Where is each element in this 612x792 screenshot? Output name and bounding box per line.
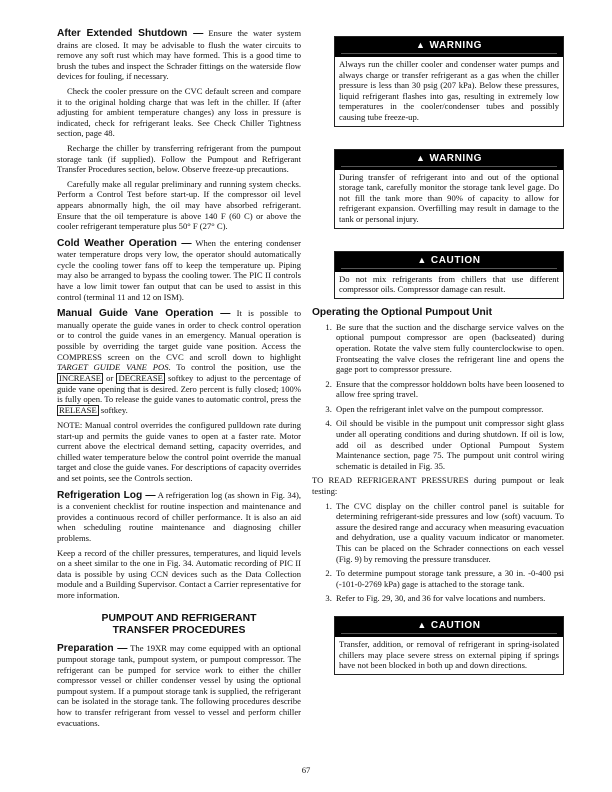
warning-triangle-icon: ▲ xyxy=(416,37,426,54)
after-extended-shutdown-paragraph: After Extended Shutdown — Ensure the wat… xyxy=(57,28,301,82)
decrease-softkey-label: DECREASE xyxy=(116,373,164,384)
warning-header: ▲WARNING xyxy=(335,37,563,57)
read-pressures-intro: TO READ REFRIGERANT PRESSURES during pum… xyxy=(312,475,564,496)
target-guide-vane-pos-text: TARGET GUIDE VANE POS xyxy=(57,362,169,372)
warning-box-storage-tank: ▲WARNING During transfer of refrigerant … xyxy=(334,149,564,229)
caution-box-mix-refrigerants: ▲CAUTION Do not mix refrigerants from ch… xyxy=(334,251,564,299)
list-item: Open the refrigerant inlet valve on the … xyxy=(334,404,564,415)
warning-body: Always run the chiller cooler and conden… xyxy=(335,57,563,126)
caution-header: ▲CAUTION xyxy=(335,252,563,272)
release-softkey-label: RELEASE xyxy=(57,405,99,416)
caution-box-spring-isolated: ▲CAUTION Transfer, addition, or removal … xyxy=(334,616,564,675)
keep-record-paragraph: Keep a record of the chiller pressures, … xyxy=(57,548,301,601)
read-pressures-steps-list: The CVC display on the chiller control p… xyxy=(312,501,564,604)
warning-header: ▲WARNING xyxy=(335,150,563,170)
warning-box-chiller-pumps: ▲WARNING Always run the chiller cooler a… xyxy=(334,36,564,127)
list-item: Oil should be visible in the pumpout uni… xyxy=(334,418,564,471)
page-number: 67 xyxy=(0,765,612,775)
check-cooler-pressure-paragraph: Check the cooler pressure on the CVC def… xyxy=(57,86,301,139)
increase-softkey-label: INCREASE xyxy=(57,373,103,384)
pumpout-section-title: PUMPOUT AND REFRIGERANT TRANSFER PROCEDU… xyxy=(57,613,301,637)
manual-guide-vane-heading: Manual Guide Vane Operation — xyxy=(57,308,230,319)
refrigeration-log-paragraph: Refrigeration Log — A refrigeration log … xyxy=(57,490,301,544)
list-item: The CVC display on the chiller control p… xyxy=(334,501,564,565)
document-page: After Extended Shutdown — Ensure the wat… xyxy=(0,0,612,792)
preparation-paragraph: Preparation — The 19XR may come equipped… xyxy=(57,643,301,729)
right-column: ▲WARNING Always run the chiller cooler a… xyxy=(312,36,564,697)
operating-steps-list: Be sure that the suction and the dischar… xyxy=(312,322,564,472)
warning-triangle-icon: ▲ xyxy=(417,252,427,269)
manual-guide-vane-paragraph: Manual Guide Vane Operation — It is poss… xyxy=(57,308,301,416)
caution-body: Transfer, addition, or removal of refrig… xyxy=(335,637,563,674)
manual-control-note: NOTE: Manual control overrides the confi… xyxy=(57,420,301,484)
operating-pumpout-heading: Operating the Optional Pumpout Unit xyxy=(312,307,564,319)
warning-triangle-icon: ▲ xyxy=(417,617,427,634)
list-item: To determine pumpout storage tank pressu… xyxy=(334,568,564,589)
caution-body: Do not mix refrigerants from chillers th… xyxy=(335,272,563,298)
after-extended-shutdown-heading: After Extended Shutdown — xyxy=(57,28,203,39)
cold-weather-paragraph: Cold Weather Operation — When the enteri… xyxy=(57,238,301,303)
preliminary-checks-paragraph: Carefully make all regular preliminary a… xyxy=(57,179,301,232)
caution-header: ▲CAUTION xyxy=(335,617,563,637)
recharge-chiller-paragraph: Recharge the chiller by transferring ref… xyxy=(57,143,301,175)
preparation-heading: Preparation — xyxy=(57,643,127,654)
warning-body: During transfer of refrigerant into and … xyxy=(335,170,563,228)
list-item: Ensure that the compressor holddown bolt… xyxy=(334,379,564,400)
refrigeration-log-heading: Refrigeration Log — xyxy=(57,490,156,501)
cold-weather-heading: Cold Weather Operation — xyxy=(57,238,192,249)
list-item: Be sure that the suction and the dischar… xyxy=(334,322,564,375)
warning-triangle-icon: ▲ xyxy=(416,150,426,167)
left-column: After Extended Shutdown — Ensure the wat… xyxy=(57,28,301,732)
list-item: Refer to Fig. 29, 30, and 36 for valve l… xyxy=(334,593,564,604)
